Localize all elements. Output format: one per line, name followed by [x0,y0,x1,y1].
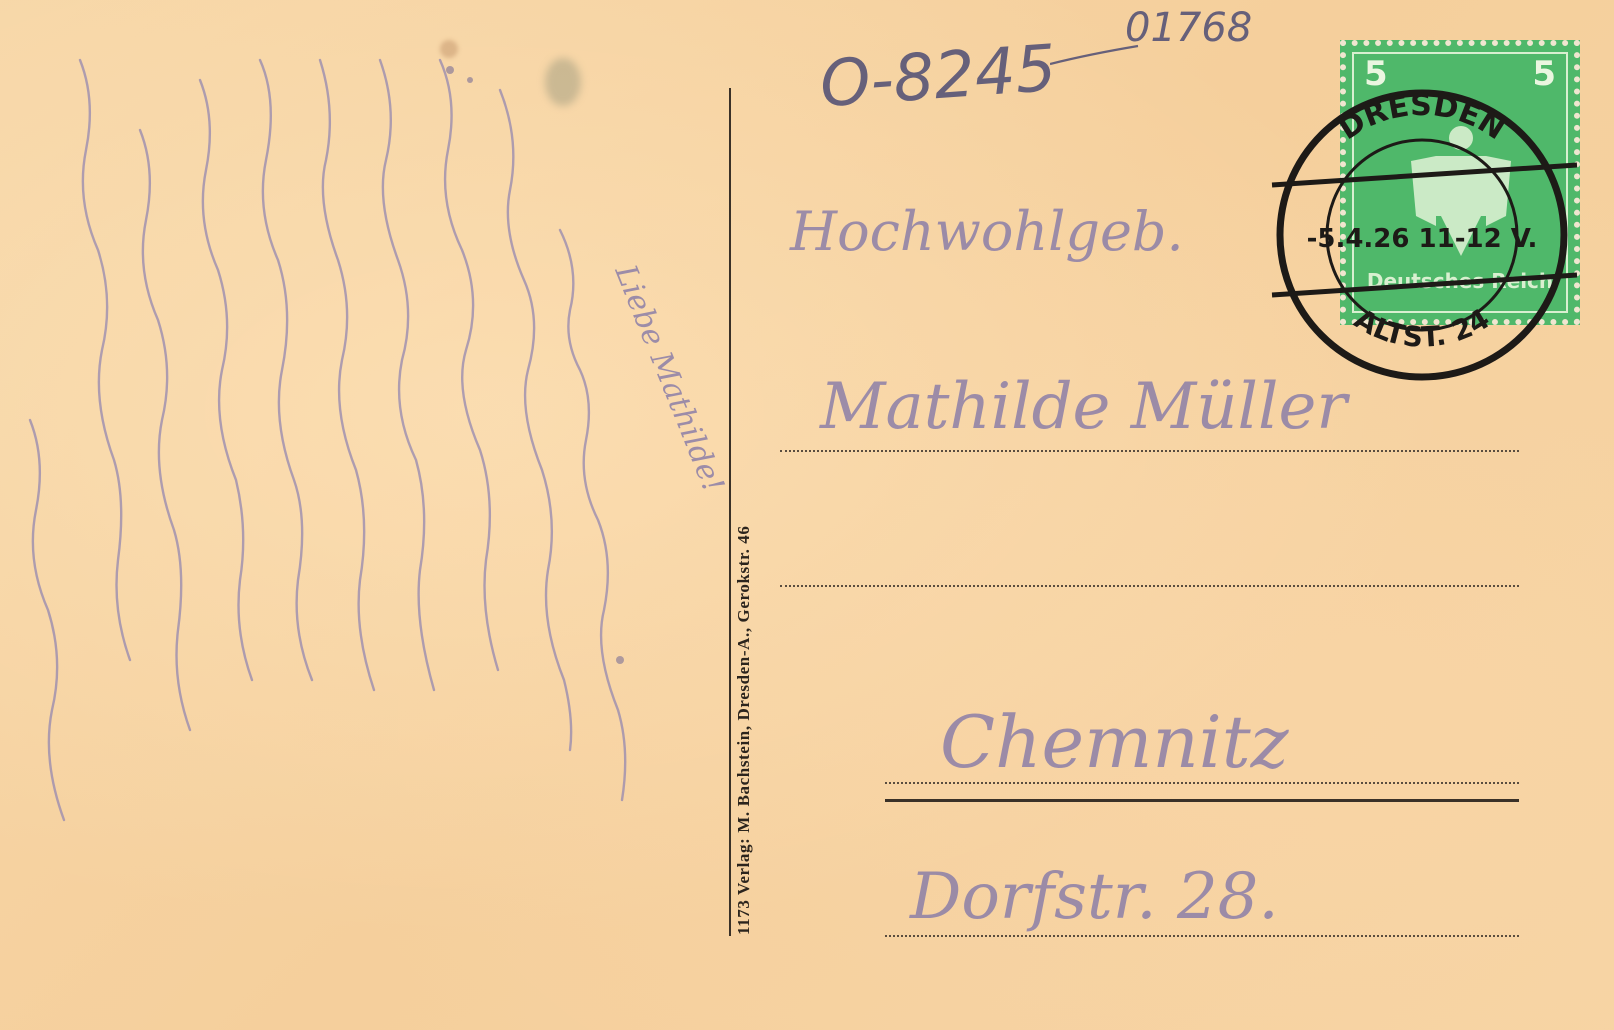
stain [545,58,581,106]
pencil-underline-icon [1050,40,1140,70]
address-salutation: Hochwohlgeb. [790,200,1184,263]
address-line-1 [780,450,1519,452]
archive-reference: 01768 [1125,5,1252,51]
address-line-2 [780,585,1519,587]
address-city: Chemnitz [940,700,1289,784]
postcard: Liebe Mathilde! 1173 Verlag: M. [0,0,1614,1030]
handwritten-message-icon [0,20,720,1020]
address-line-3-underline [885,799,1519,802]
svg-text:DRESDEN: DRESDEN [1333,88,1512,147]
svg-text:ALTST. 24: ALTST. 24 [1349,302,1496,354]
address-line-4 [885,935,1519,937]
address-name: Mathilde Müller [820,370,1347,444]
stain [440,40,458,58]
archive-number: O-8245 [818,32,1059,122]
svg-text:-5.4.26 11-12 V.: -5.4.26 11-12 V. [1307,224,1538,254]
center-divider [729,88,731,936]
address-street: Dorfstr. 28. [910,860,1279,934]
postmark-icon: DRESDEN ALTST. 24 -5.4.26 11-12 V. [1262,85,1582,385]
publisher-imprint: 1173 Verlag: M. Bachstein, Dresden-A., G… [734,526,754,935]
